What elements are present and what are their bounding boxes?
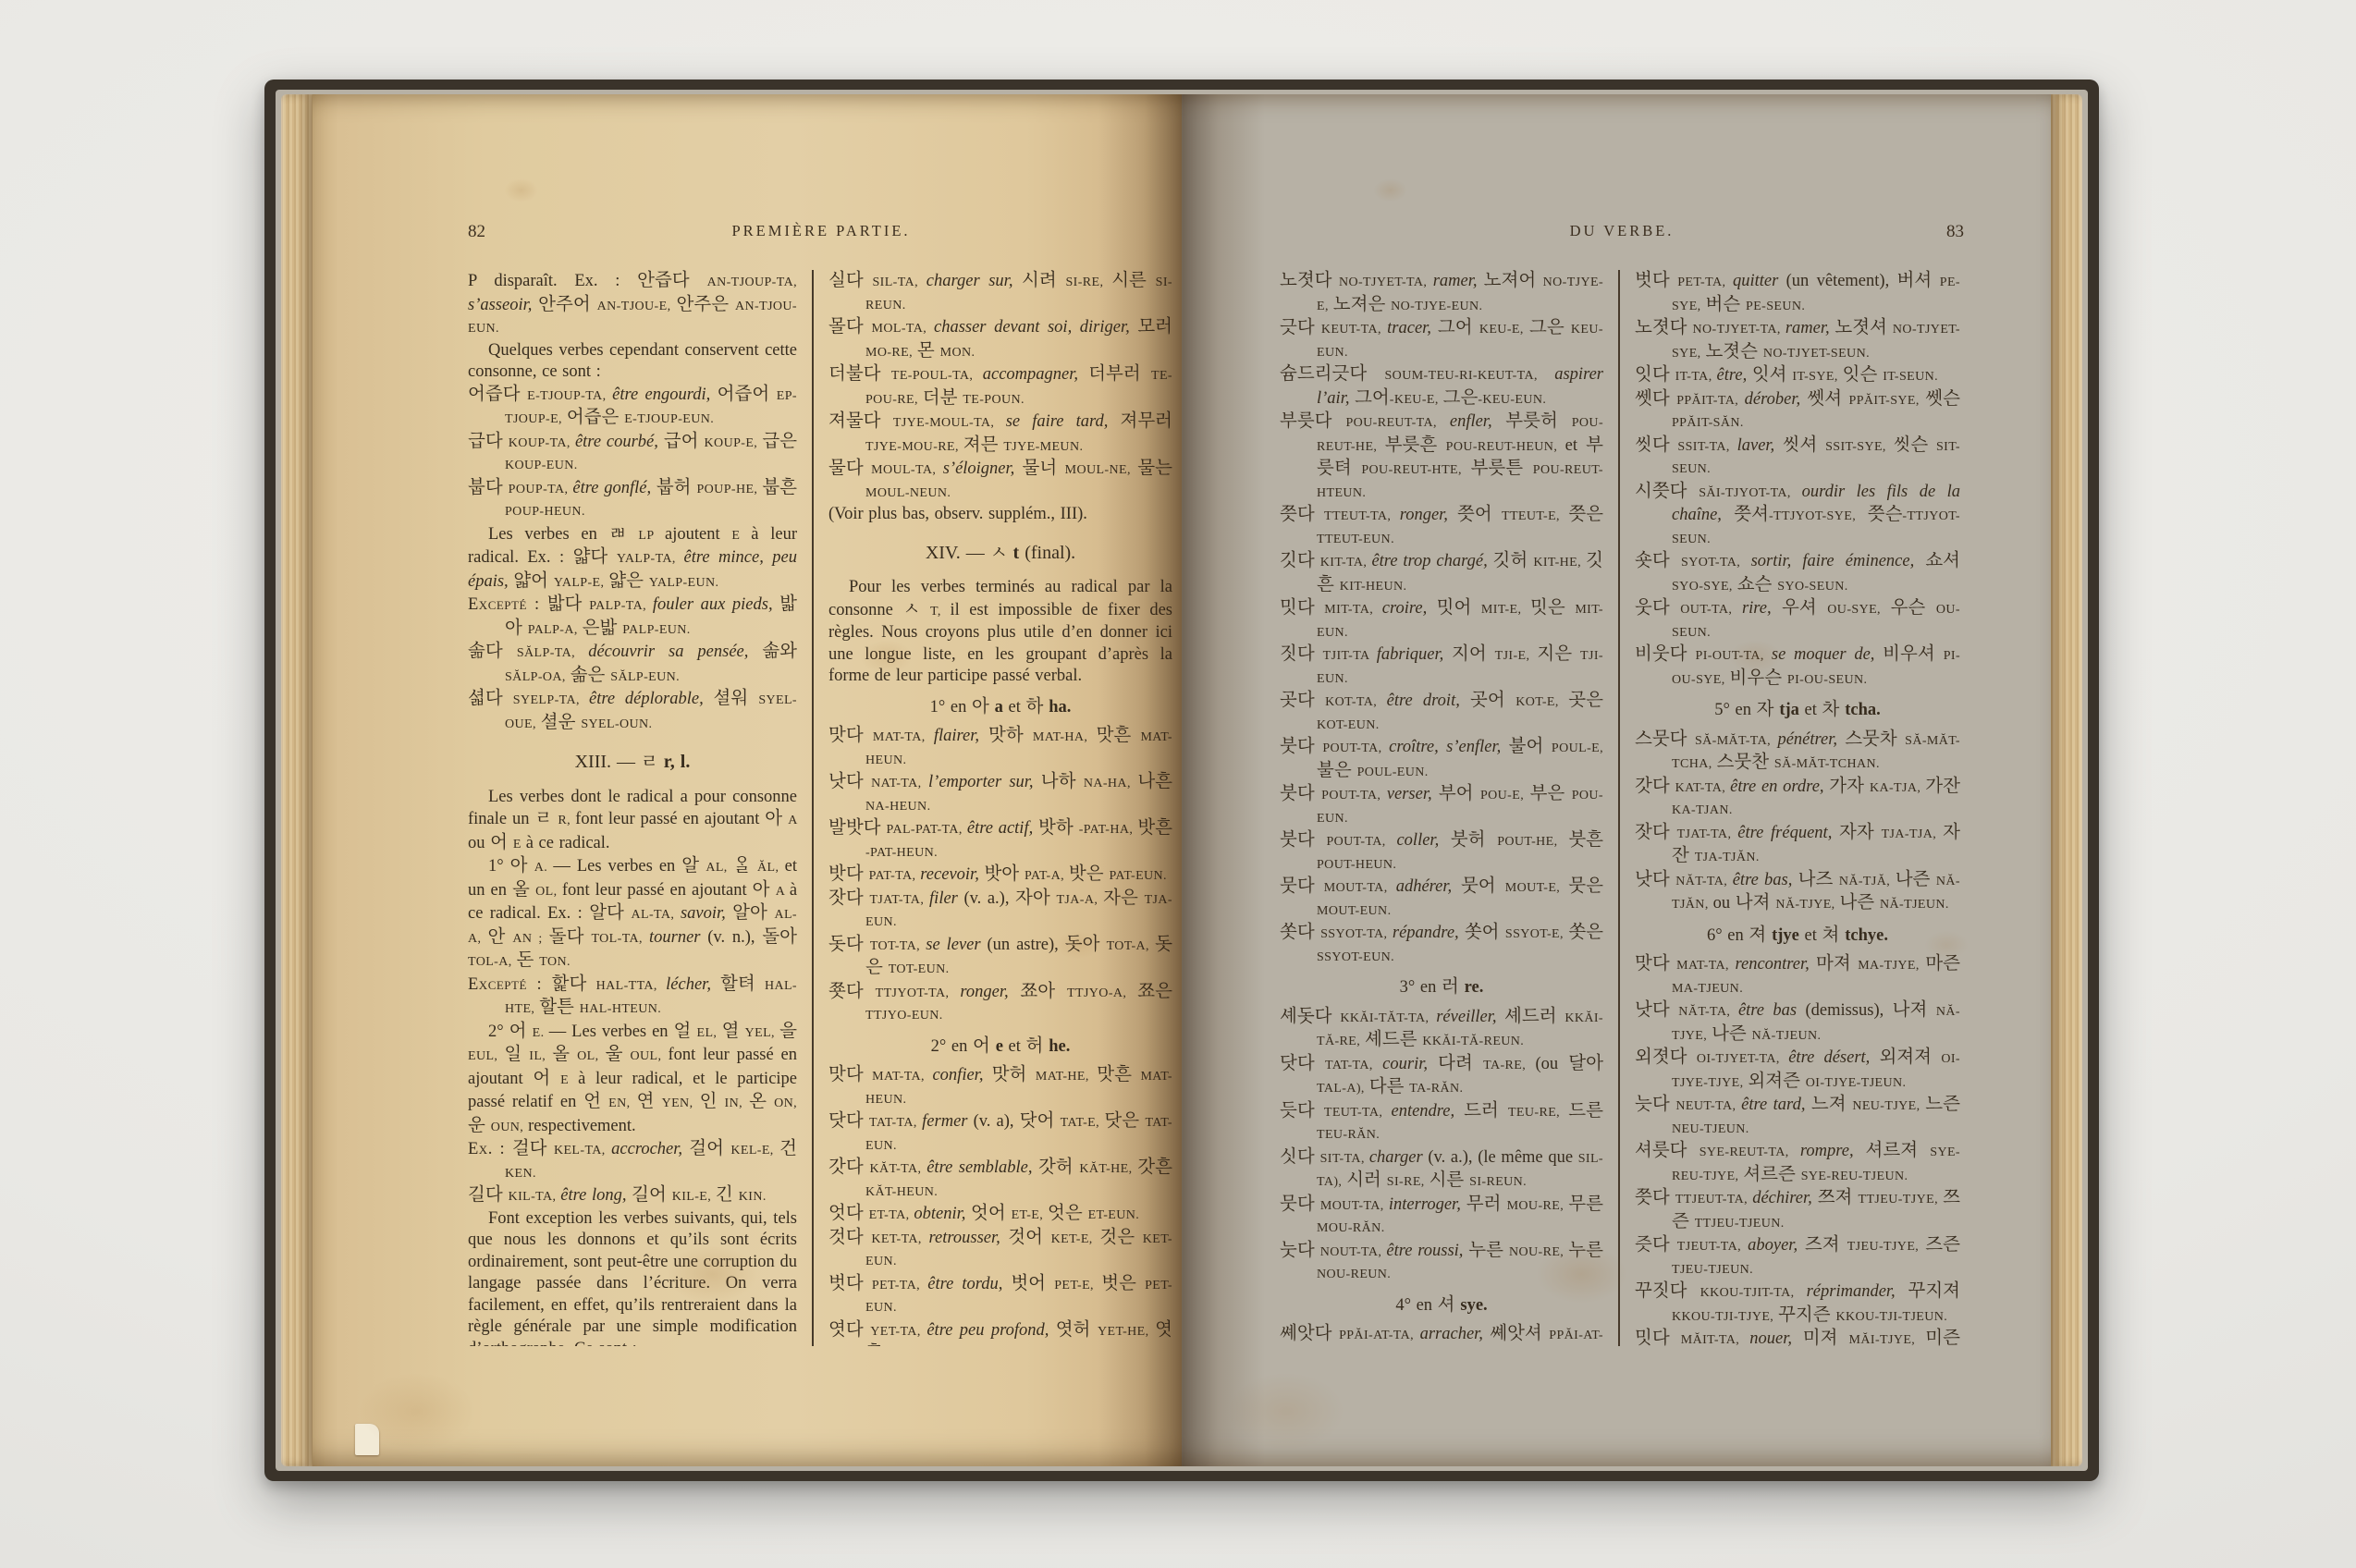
romanization: KEL-TA, bbox=[554, 1144, 611, 1158]
romanization: SĂI-TJYOT-TA, bbox=[1699, 486, 1801, 500]
dictionary-entry: 쯧다 TTJEUT-TA, déchirer, 쯔져 TTJEU-TJYE, 쯔… bbox=[1635, 1187, 1960, 1234]
romanization: EUL, bbox=[468, 1049, 504, 1063]
french-gloss: tracer, bbox=[1387, 319, 1438, 337]
french-gloss: se lever bbox=[926, 936, 987, 954]
bold-text: tcha. bbox=[1845, 701, 1881, 719]
romanization: MOUL-NEUN. bbox=[865, 486, 951, 500]
french-gloss: ramer, bbox=[1785, 319, 1835, 337]
romanization: POUT-HE, bbox=[1497, 835, 1568, 849]
right-page-header: DU VERBE. 83 bbox=[1280, 222, 1964, 248]
korean-text: 쏫은 bbox=[1568, 923, 1603, 942]
romanization: PAT-TA, bbox=[869, 869, 921, 883]
korean-text: 노져어 bbox=[1484, 271, 1543, 290]
french-gloss: obtenir, bbox=[914, 1205, 971, 1223]
korean-text: 그은 bbox=[1443, 388, 1479, 408]
korean-text: 닷어 bbox=[1020, 1111, 1061, 1131]
korean-text: 쎗슨 bbox=[1925, 389, 1960, 409]
romanization: MON. bbox=[940, 346, 976, 360]
romanization: IL, bbox=[529, 1049, 552, 1063]
korean-text: 쳐 bbox=[1822, 925, 1846, 945]
romanization: PET-TA, bbox=[1677, 276, 1733, 289]
romanization: TJI-E, bbox=[1495, 649, 1538, 663]
korean-text: 몰다 bbox=[828, 317, 872, 337]
romanization: KA-TJAN. bbox=[1672, 803, 1733, 817]
plain-text: 1° en bbox=[930, 698, 972, 717]
korean-text: 시쯧다 bbox=[1635, 482, 1699, 501]
romanization: TJAT-TA, bbox=[1677, 827, 1738, 841]
plain-text: (demissus), bbox=[1805, 1001, 1892, 1020]
romanization: PI-OUT-TA, bbox=[1696, 649, 1772, 663]
text-paragraph: (Voir plus bas, observ. supplém., III). bbox=[828, 504, 1172, 526]
romanization: PPĂIT-SĂN. bbox=[1672, 416, 1744, 430]
dictionary-entry: 씻다 SSIT-TA, laver, 씻셔 SSIT-SYE, 씻슨 SIT-S… bbox=[1635, 435, 1960, 481]
french-gloss: être, bbox=[1717, 366, 1752, 385]
korean-text: 외져즌 bbox=[1748, 1072, 1805, 1091]
romanization: ET-TA, bbox=[869, 1208, 914, 1222]
french-gloss: se moquer de, bbox=[1772, 645, 1883, 664]
romanization: TJEU-TJEUN. bbox=[1672, 1263, 1753, 1277]
romanization: KOT-EUN. bbox=[1317, 718, 1380, 732]
korean-text: 자은 bbox=[1103, 888, 1144, 908]
romanization: PALP-A, bbox=[528, 623, 583, 637]
korean-text: 맛다 bbox=[828, 1065, 872, 1084]
dictionary-entry: 쯧다 TTEUT-TA, ronger, 쯧어 TTEUT-E, 쯧은 TTEU… bbox=[1280, 504, 1603, 550]
korean-text: 긋다 bbox=[1280, 318, 1321, 337]
korean-text: 갓흔 bbox=[1137, 1158, 1172, 1177]
dictionary-entry: 밋다 MIT-TA, croire, 밋어 MIT-E, 밋은 MIT-EUN. bbox=[1280, 597, 1603, 643]
romanization: TTJEUT-TA, bbox=[1675, 1193, 1752, 1207]
romanization: SIL-TA, bbox=[872, 276, 926, 289]
korean-text: 시러 bbox=[1346, 1170, 1387, 1190]
romanization: SIT-TA, bbox=[1320, 1152, 1369, 1166]
romanization: AN-TJOU-E, bbox=[597, 300, 677, 313]
romanization: KOT-E, bbox=[1515, 695, 1568, 709]
romanization: YEL, bbox=[745, 1026, 780, 1040]
romanization: KIN. bbox=[739, 1190, 767, 1204]
romanization: MOUT-TA, bbox=[1324, 881, 1396, 895]
korean-text: 물는 bbox=[1137, 459, 1172, 478]
romanization: IT-TA, bbox=[1675, 370, 1717, 384]
korean-text: 쎼앗다 bbox=[1280, 1324, 1339, 1343]
romanization: EN, bbox=[608, 1096, 636, 1110]
page-stack-edge-left bbox=[281, 94, 313, 1466]
group-subheading: 5° en 자 tja et 차 tcha. bbox=[1635, 699, 1960, 722]
korean-text: 웃다 bbox=[1635, 598, 1680, 618]
romanization: NEUT-TA, bbox=[1675, 1099, 1741, 1113]
korean-text: 어 bbox=[533, 1069, 560, 1088]
romanization: YET-HE, bbox=[1098, 1325, 1155, 1339]
romanization: MAT-TA, bbox=[1676, 959, 1735, 973]
romanization: NO-TJYET-SEUN. bbox=[1763, 347, 1870, 361]
korean-text: 핥다 bbox=[552, 974, 596, 994]
korean-text: 엇은 bbox=[1048, 1204, 1088, 1223]
korean-text: 밋은 bbox=[1530, 598, 1575, 618]
korean-text: 올 bbox=[552, 1045, 577, 1064]
korean-text: 붓다 bbox=[1280, 830, 1326, 850]
dictionary-entry: 져물다 TJYE-MOUL-TA, se faire tard, 져무러 TJY… bbox=[828, 410, 1172, 458]
romanization: YET-TA, bbox=[870, 1325, 926, 1339]
group-subheading: 2° en 어 e et 허 he. bbox=[828, 1035, 1172, 1059]
bold-text: e bbox=[996, 1037, 1003, 1056]
korean-text: 스뭇차 bbox=[1845, 729, 1905, 749]
romanization: NA-HEUN. bbox=[865, 800, 930, 814]
korean-text: 맛흔 bbox=[1097, 726, 1141, 745]
romanization: YALP-E, bbox=[554, 576, 608, 590]
romanization: AL-TA, bbox=[632, 908, 681, 922]
romanization: MAT-HE, bbox=[1036, 1070, 1097, 1084]
korean-text: 쯧다 bbox=[1635, 1188, 1675, 1207]
dictionary-entry: 곳다 KOT-TA, être droit, 곳어 KOT-E, 곳은 KOT-… bbox=[1280, 690, 1603, 736]
korean-text: 닷다 bbox=[828, 1111, 869, 1131]
korean-text: 나흔 bbox=[1137, 772, 1172, 791]
korean-text: 져믄 bbox=[963, 435, 1004, 455]
plain-text: respectivement. bbox=[528, 1117, 636, 1135]
korean-text: 져 bbox=[1749, 925, 1772, 945]
plain-text: font leur passé en ajoutant bbox=[562, 881, 753, 900]
french-gloss: être bas, bbox=[1733, 871, 1798, 889]
korean-text: 쎼앗셔 bbox=[1490, 1324, 1549, 1343]
romanization: NĂ-TJEUN. bbox=[1880, 898, 1949, 912]
romanization: MIT-E, bbox=[1481, 603, 1530, 617]
group-subheading: 3° en 러 re. bbox=[1280, 976, 1603, 999]
korean-text: 씻셔 bbox=[1783, 435, 1825, 455]
korean-text: 부은 bbox=[1530, 784, 1572, 803]
french-gloss: s’asseoir, bbox=[468, 296, 538, 314]
dictionary-entry: 물다 MOUL-TA, s’éloigner, 물너 MOUL-NE, 물는 M… bbox=[828, 458, 1172, 504]
korean-text: 알아 bbox=[732, 903, 774, 923]
romanization: -KEU-EUN. bbox=[1478, 393, 1546, 407]
romanization: AN-TJOUP-TA, bbox=[707, 276, 797, 289]
romanization: TOT-EUN. bbox=[889, 962, 950, 976]
plain-text: Les verbes en bbox=[488, 525, 609, 544]
plain-text: à ce radical. bbox=[526, 834, 610, 852]
bold-text: tja bbox=[1779, 701, 1799, 719]
korean-text: 솖와 bbox=[762, 642, 797, 661]
korean-text: 뭇다 bbox=[1280, 1194, 1320, 1214]
plain-text: — Les verbes en bbox=[553, 857, 681, 876]
left-page-header: 82 PREMIÈRE PARTIE. bbox=[468, 222, 1174, 248]
french-gloss: être semblable, bbox=[926, 1158, 1038, 1177]
korean-text: 안 bbox=[487, 927, 512, 947]
korean-text: 잣다 bbox=[1635, 823, 1677, 842]
korean-text: 맛다 bbox=[828, 726, 873, 745]
dictionary-entry: 쬿다 TTJYOT-TA, ronger, 쬬아 TTJYO-A, 쬬은 TTJ… bbox=[828, 981, 1172, 1027]
left-page-paper: 82 PREMIÈRE PARTIE. P disparaît. Ex. : 안… bbox=[313, 94, 1182, 1466]
korean-text: 은밟 bbox=[583, 619, 623, 638]
dictionary-entry: 뭇다 MOUT-TA, adhérer, 뭇어 MOUT-E, 뭇은 MOUT-… bbox=[1280, 876, 1603, 922]
korean-text: 어즙은 bbox=[567, 408, 624, 427]
french-gloss: l’emporter sur, bbox=[928, 773, 1041, 791]
korean-text: 발밧다 bbox=[828, 818, 887, 838]
korean-text: 어즙어 bbox=[718, 385, 777, 404]
korean-text: 자자 bbox=[1839, 823, 1882, 842]
korean-text: 걸다 bbox=[512, 1139, 554, 1158]
romanization: TTJYOT-TA, bbox=[876, 986, 961, 1000]
french-gloss: fouler aux pieds, bbox=[653, 595, 779, 614]
korean-text: 벗어 bbox=[1011, 1274, 1054, 1293]
page83-column-2: 벗다 PET-TA, quitter (un vêtement), 버셔 PE-… bbox=[1618, 270, 1960, 1346]
korean-text: 무러 bbox=[1466, 1194, 1507, 1214]
korean-text: ㄹ bbox=[534, 809, 558, 828]
korean-text: 아 bbox=[510, 856, 534, 876]
plain-text: font leur passé en ajoutant bbox=[575, 810, 765, 828]
korean-text: 갓허 bbox=[1038, 1158, 1079, 1177]
korean-text: 하 bbox=[1026, 697, 1049, 717]
romanization: OL, bbox=[577, 1049, 605, 1063]
dictionary-entry: Excepté : 밟다 PALP-TA, fouler aux pieds, … bbox=[468, 594, 797, 641]
romanization: TOT-TA, bbox=[870, 939, 926, 953]
dictionary-entry: 잣다 TJAT-TA, être fréquent, 자자 TJA-TJA, 자… bbox=[1635, 822, 1960, 869]
korean-text: 쎗셔 bbox=[1807, 389, 1848, 409]
dictionary-entry: 슘드리긋다 SOUM-TEU-RI-KEUT-TA, aspirer l’air… bbox=[1280, 363, 1603, 410]
romanization: TAT-TA, bbox=[869, 1116, 922, 1130]
korean-text: 스뭇다 bbox=[1635, 729, 1695, 749]
korean-text: 붓다 bbox=[1280, 784, 1321, 803]
romanization: SSYOT-EUN. bbox=[1317, 950, 1394, 964]
romanization: PAL-PAT-TA, bbox=[887, 823, 967, 837]
korean-text: 붑흔 bbox=[762, 478, 797, 497]
korean-text: 밧흔 bbox=[1137, 818, 1172, 838]
french-gloss: être courbé, bbox=[575, 433, 664, 451]
korean-text: 것어 bbox=[1008, 1228, 1050, 1247]
korean-text: 맛하 bbox=[988, 726, 1033, 745]
korean-text: 불은 bbox=[1317, 761, 1357, 780]
korean-text: 올 bbox=[512, 880, 535, 900]
romanization: POU-E, bbox=[1480, 789, 1530, 802]
korean-text: 비웃다 bbox=[1635, 644, 1696, 664]
page83-column-1: 노졋다 NO-TJYET-TA, ramer, 노져어 NO-TJYE-E, 노… bbox=[1280, 270, 1603, 1346]
korean-text: 노졋슨 bbox=[1705, 342, 1762, 361]
korean-text: 드러 bbox=[1464, 1101, 1508, 1121]
korean-text: 벗은 bbox=[1101, 1274, 1145, 1293]
korean-text: 갓다 bbox=[828, 1158, 869, 1177]
korean-text: 다려 bbox=[1438, 1054, 1483, 1073]
korean-text: 물다 bbox=[828, 459, 871, 478]
korean-text: 엇다 bbox=[828, 1204, 869, 1223]
romanization: -TTJYOT-SYE, bbox=[1769, 509, 1868, 523]
romanization: E-TJOUP-TA, bbox=[527, 389, 612, 403]
romanization: MA-TJEUN. bbox=[1672, 982, 1743, 996]
french-gloss: courir, bbox=[1382, 1055, 1438, 1073]
french-gloss: verser, bbox=[1387, 785, 1439, 803]
korean-text: ㄹ bbox=[641, 753, 664, 772]
romanization: MOL-TA, bbox=[872, 322, 934, 336]
romanization: KEU-E, bbox=[1479, 323, 1529, 337]
romanization: IN, bbox=[725, 1096, 750, 1110]
romanization: POUP-HEUN. bbox=[505, 505, 585, 519]
romanization: PPĂIT-TA, bbox=[1676, 394, 1744, 408]
korean-text: 그은 bbox=[1529, 318, 1571, 337]
romanization: -PAT-HA, bbox=[1079, 823, 1138, 837]
romanization: KIT-HE, bbox=[1533, 556, 1586, 570]
french-gloss: être tard, bbox=[1741, 1096, 1811, 1114]
romanization: TJEUT-TA, bbox=[1677, 1240, 1748, 1254]
french-gloss: fermer bbox=[922, 1112, 973, 1131]
romanization: TA-RE, bbox=[1483, 1059, 1535, 1072]
romanization: TJAT-TA, bbox=[869, 893, 929, 907]
romanization: TE-POUL-TA, bbox=[891, 369, 983, 383]
korean-text: 엇어 bbox=[971, 1204, 1012, 1223]
french-gloss: être en ordre, bbox=[1730, 778, 1829, 796]
romanization: HAL-TTA, bbox=[596, 979, 667, 993]
korean-text: 어 bbox=[973, 1036, 996, 1056]
book-photo: { "colors": { "backdrop": "#e9e8e4", "co… bbox=[0, 0, 2356, 1568]
romanization: PE-SEUN. bbox=[1746, 300, 1805, 313]
korean-text: 돌다 bbox=[549, 927, 592, 947]
romanization: TTEUT-TA, bbox=[1324, 509, 1400, 523]
romanization: IT-SYE, bbox=[1792, 370, 1842, 384]
korean-text: 듯다 bbox=[1280, 1101, 1324, 1121]
romanization: KIL-E, bbox=[672, 1190, 716, 1204]
french-gloss: être déplorable, bbox=[589, 690, 714, 708]
romanization: TTJYO-EUN. bbox=[865, 1009, 943, 1023]
french-gloss: rire, bbox=[1742, 599, 1782, 618]
french-gloss: être fréquent, bbox=[1737, 824, 1839, 842]
french-gloss: sortir, faire éminence, bbox=[1751, 552, 1926, 570]
korean-text: 깃허 bbox=[1493, 551, 1534, 570]
romanization: KOUP-TA, bbox=[509, 436, 575, 450]
romanization: -PAT-HEUN. bbox=[865, 846, 938, 860]
romanization: ET-EUN. bbox=[1088, 1208, 1140, 1222]
dictionary-entry: 긋다 KEUT-TA, tracer, 그어 KEU-E, 그은 KEU-EUN… bbox=[1280, 317, 1603, 363]
korean-text: 달아 bbox=[1568, 1054, 1603, 1073]
romanization: TJIT-TA bbox=[1323, 649, 1377, 663]
french-gloss: ronger, bbox=[1400, 506, 1457, 524]
romanization: NOU-RE, bbox=[1509, 1245, 1568, 1259]
korean-text: 가자 bbox=[1829, 777, 1870, 796]
romanization: KAT-TA, bbox=[1675, 781, 1730, 795]
korean-text: 아 bbox=[972, 697, 995, 717]
korean-text: 모러 bbox=[1137, 317, 1172, 337]
korean-text: 가잔 bbox=[1925, 777, 1960, 796]
romanization: PPĂIT-SYE, bbox=[1849, 394, 1926, 408]
romanization: TJA-TJA, bbox=[1882, 827, 1944, 841]
romanization: TOL-A, bbox=[468, 955, 517, 969]
korean-text: 밧아 bbox=[984, 864, 1025, 884]
korean-text: 알다 bbox=[589, 903, 631, 923]
dictionary-entry: 뭇다 MOUT-TA, interroger, 무러 MOU-RE, 무른 MO… bbox=[1280, 1194, 1603, 1240]
plain-text: (final). bbox=[1025, 543, 1075, 563]
korean-text: 얼 bbox=[673, 1022, 696, 1041]
dictionary-entry: 급다 KOUP-TA, être courbé, 급어 KOUP-E, 급은 K… bbox=[468, 431, 797, 477]
romanization: POU-REUT-TA, bbox=[1345, 416, 1449, 430]
korean-text: 붑다 bbox=[468, 478, 509, 497]
korean-text: 뭇다 bbox=[1280, 876, 1324, 896]
bold-text: r, l. bbox=[664, 752, 691, 772]
romanization: PAT-EUN. bbox=[1109, 869, 1166, 883]
french-gloss: flairer, bbox=[934, 727, 988, 745]
korean-text: 쬿다 bbox=[828, 982, 876, 1001]
french-gloss: s’éloigner, bbox=[943, 459, 1023, 478]
romanization: YALP-TA, bbox=[617, 552, 684, 566]
korean-text: 밋다 bbox=[1635, 1329, 1681, 1346]
plain-text: (v. a.), bbox=[963, 889, 1015, 908]
romanization: A bbox=[788, 814, 797, 827]
romanization: SYO-SEUN. bbox=[1777, 580, 1847, 594]
french-gloss: retrousser, bbox=[929, 1229, 1009, 1247]
dictionary-entry: 닷다 TAT-TA, fermer (v. a), 닷어 TAT-E, 닷은 T… bbox=[828, 1110, 1172, 1157]
romanization: A bbox=[776, 885, 790, 899]
dictionary-entry: 숏다 SYOT-TA, sortir, faire éminence, 쇼셔 S… bbox=[1635, 550, 1960, 597]
french-gloss: interroger, bbox=[1389, 1195, 1466, 1214]
french-gloss: découvrir sa pensée, bbox=[588, 643, 762, 661]
page82-column-1: P disparaît. Ex. : 안즙다 AN-TJOUP-TA, s’as… bbox=[468, 270, 797, 1346]
french-gloss: recevoir, bbox=[920, 865, 984, 884]
korean-text: 짓다 bbox=[1280, 644, 1323, 664]
romanization: OL, bbox=[535, 885, 562, 899]
dictionary-entry: 셰돗다 KKĂI-TĂT-TA, réveiller, 셰드러 KKĂI-TĂ-… bbox=[1280, 1006, 1603, 1053]
romanization: SĂ-MĂT-TCHAN. bbox=[1774, 757, 1880, 771]
korean-text: 더불다 bbox=[828, 364, 891, 384]
korean-text: 벗다 bbox=[828, 1274, 872, 1293]
french-gloss: filer bbox=[929, 889, 963, 908]
dictionary-entry: 더불다 TE-POUL-TA, accompagner, 더부러 TE-POU-… bbox=[828, 363, 1172, 410]
plain-text: P disparaît. Ex. : bbox=[468, 272, 637, 290]
dictionary-entry: 갓다 KĂT-TA, être semblable, 갓허 KĂT-HE, 갓흔… bbox=[828, 1157, 1172, 1203]
french-gloss: tourner bbox=[649, 928, 707, 947]
romanization: AN ; bbox=[512, 932, 548, 946]
korean-text: 눗다 bbox=[1280, 1241, 1320, 1260]
dictionary-entry: 것다 KET-TA, retrousser, 것어 KET-E, 것은 KET-… bbox=[828, 1227, 1172, 1273]
romanization: SYOT-TA, bbox=[1681, 556, 1751, 570]
plain-text: 2° bbox=[488, 1023, 509, 1041]
korean-text: 붓다 bbox=[1280, 737, 1322, 756]
french-gloss: être gonflé, bbox=[572, 479, 656, 497]
romanization: MĂIT-TA, bbox=[1681, 1333, 1749, 1346]
text-paragraph: P disparaît. Ex. : 안즙다 AN-TJOUP-TA, s’as… bbox=[468, 270, 797, 340]
romanization: SĂLP-OA, bbox=[505, 670, 571, 684]
korean-text: 느즌 bbox=[1925, 1095, 1960, 1114]
korean-text: 지어 bbox=[1452, 644, 1495, 664]
korean-text: 나하 bbox=[1041, 772, 1084, 791]
romanization: TAT-TA, bbox=[1325, 1059, 1382, 1072]
text-paragraph: Quelques verbes cependant conservent cet… bbox=[468, 340, 797, 384]
romanization: KA-TJA, bbox=[1870, 781, 1925, 795]
plain-text: 3° en bbox=[1400, 978, 1442, 997]
romanization: PALP-EUN. bbox=[622, 623, 690, 637]
french-gloss: quitter bbox=[1733, 272, 1786, 290]
korean-text: 할튼 bbox=[539, 998, 580, 1017]
dictionary-entry: 벗다 PET-TA, être tordu, 벗어 PET-E, 벗은 PET-… bbox=[828, 1273, 1172, 1319]
french-gloss: être trop chargé, bbox=[1371, 552, 1492, 570]
french-gloss: nouer, bbox=[1749, 1329, 1803, 1346]
korean-text: 쯧어 bbox=[1457, 505, 1502, 524]
dictionary-entry: 셔릇다 SYE-REUT-TA, rompre, 셔르져 SYE-REU-TJY… bbox=[1635, 1140, 1960, 1187]
romanization: SYEL-OUN. bbox=[581, 717, 652, 731]
korean-text: 마즌 bbox=[1925, 954, 1960, 974]
korean-text: 즈져 bbox=[1805, 1235, 1847, 1255]
korean-text: 낫다 bbox=[1635, 1000, 1678, 1020]
romanization: ĂL, bbox=[757, 861, 785, 875]
korean-text: 시른 bbox=[1430, 1170, 1470, 1190]
korean-text: 밧다 bbox=[828, 864, 869, 884]
romanization: SĂLP-TA, bbox=[517, 646, 588, 660]
korean-text: 어즙다 bbox=[468, 385, 527, 404]
plain-text: et bbox=[1003, 698, 1026, 717]
right-page-columns: 노졋다 NO-TJYET-TA, ramer, 노져어 NO-TJYE-E, 노… bbox=[1280, 270, 1964, 1346]
french-gloss: fabriquer, bbox=[1377, 645, 1452, 664]
dictionary-entry: 돗다 TOT-TA, se lever (un astre), 돗아 TOT-A… bbox=[828, 934, 1172, 981]
romanization: KĂT-HEUN. bbox=[865, 1185, 938, 1199]
page82-column-2: 실다 SIL-TA, charger sur, 시려 SI-RE, 시른 SI-… bbox=[812, 270, 1172, 1346]
romanization: KEUT-TA, bbox=[1321, 323, 1387, 337]
dictionary-entry: 닷다 TAT-TA, courir, 다려 TA-RE, (ou 달아 TAL-… bbox=[1280, 1053, 1603, 1100]
page-stack-edge-right bbox=[2051, 94, 2082, 1466]
korean-text: 을 bbox=[779, 1022, 797, 1041]
romanization: OUN, bbox=[491, 1121, 528, 1134]
romanization: E bbox=[731, 529, 751, 543]
french-gloss: être actif, bbox=[967, 819, 1038, 838]
